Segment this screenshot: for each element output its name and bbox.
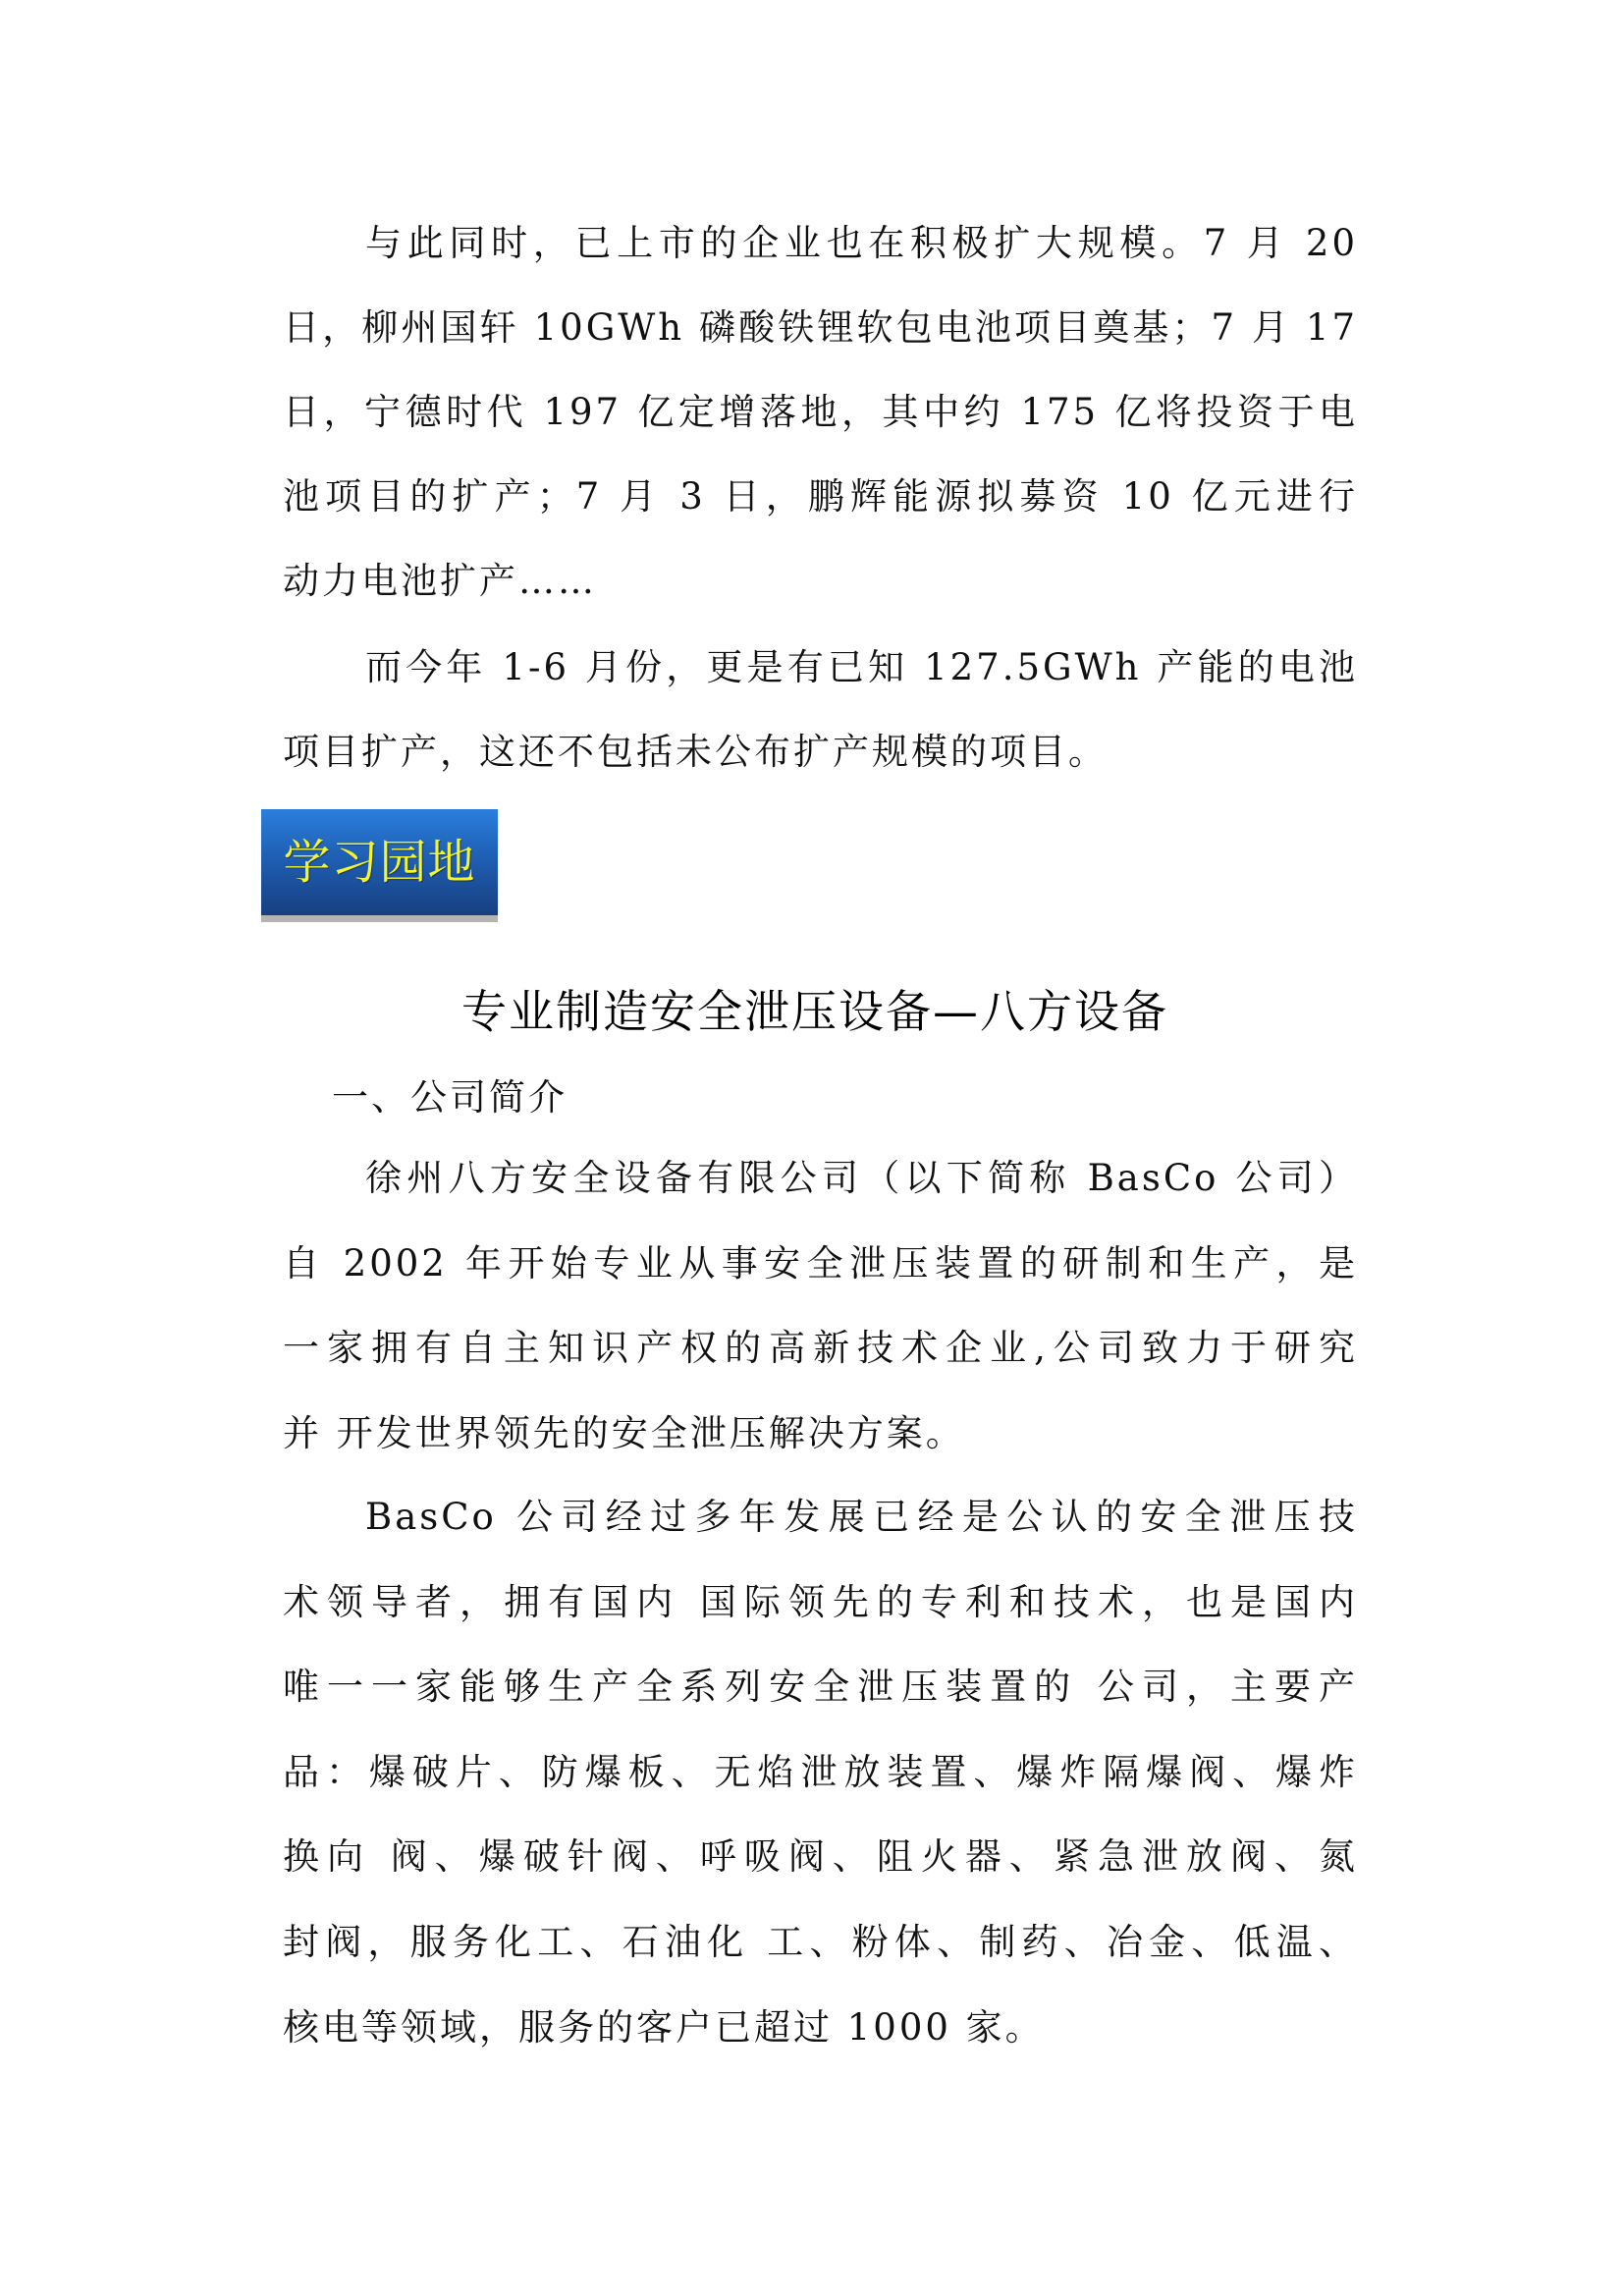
paragraph-line: 品：爆破片、防爆板、无焰泄放装置、爆炸隔爆阀、爆炸 [283,1743,1358,1802]
article-title: 专业制造安全泄压设备—八方设备 [461,977,1296,1046]
paragraph-line: BasCo 公司经过多年发展已经是公认的安全泄压技 [365,1488,1358,1547]
paragraph-line: 而今年 1-6 月份，更是有已知 127.5GWh 产能的电池 [365,638,1358,697]
paragraph-line: 日，宁德时代 197 亿定增落地，其中约 175 亿将投资于电 [283,383,1358,442]
section-banner: 学习园地 [261,809,498,915]
paragraph-line: 动力电池扩产…… [283,552,1358,611]
paragraph-line: 与此同时，已上市的企业也在积极扩大规模。7 月 20 [365,214,1358,273]
paragraph-line: 池项目的扩产；7 月 3 日，鹏辉能源拟募资 10 亿元进行 [283,467,1358,526]
paragraph-line: 一家拥有自主知识产权的高新技术企业,公司致力于研究 [283,1319,1358,1378]
paragraph-line: 自 2002 年开始专业从事安全泄压装置的研制和生产，是 [283,1234,1358,1293]
paragraph-line: 换向 阀、爆破针阀、呼吸阀、阻火器、紧急泄放阀、氮 [283,1828,1358,1886]
paragraph-line: 封阀，服务化工、石油化 工、粉体、制药、冶金、低温、 [283,1913,1358,1972]
paragraph-line: 项目扩产，这还不包括未公布扩产规模的项目。 [283,723,1358,782]
paragraph-line: 日，柳州国轩 10GWh 磷酸铁锂软包电池项目奠基；7 月 17 [283,299,1358,357]
document-page: 与此同时，已上市的企业也在积极扩大规模。7 月 20 日，柳州国轩 10GWh … [0,0,1623,2296]
paragraph-line: 徐州八方安全设备有限公司（以下简称 BasCo 公司） [365,1149,1358,1208]
paragraph-line: 并 开发世界领先的安全泄压解决方案。 [283,1404,1358,1463]
paragraph-line: 核电等领域，服务的客户已超过 1000 家。 [283,1998,1358,2057]
paragraph-line: 术领导者，拥有国内 国际领先的专利和技术，也是国内 [283,1573,1358,1632]
section-heading: 一、公司简介 [332,1070,568,1125]
paragraph-line: 唯一一家能够生产全系列安全泄压装置的 公司，主要产 [283,1658,1358,1717]
section-banner-label: 学习园地 [261,809,498,915]
